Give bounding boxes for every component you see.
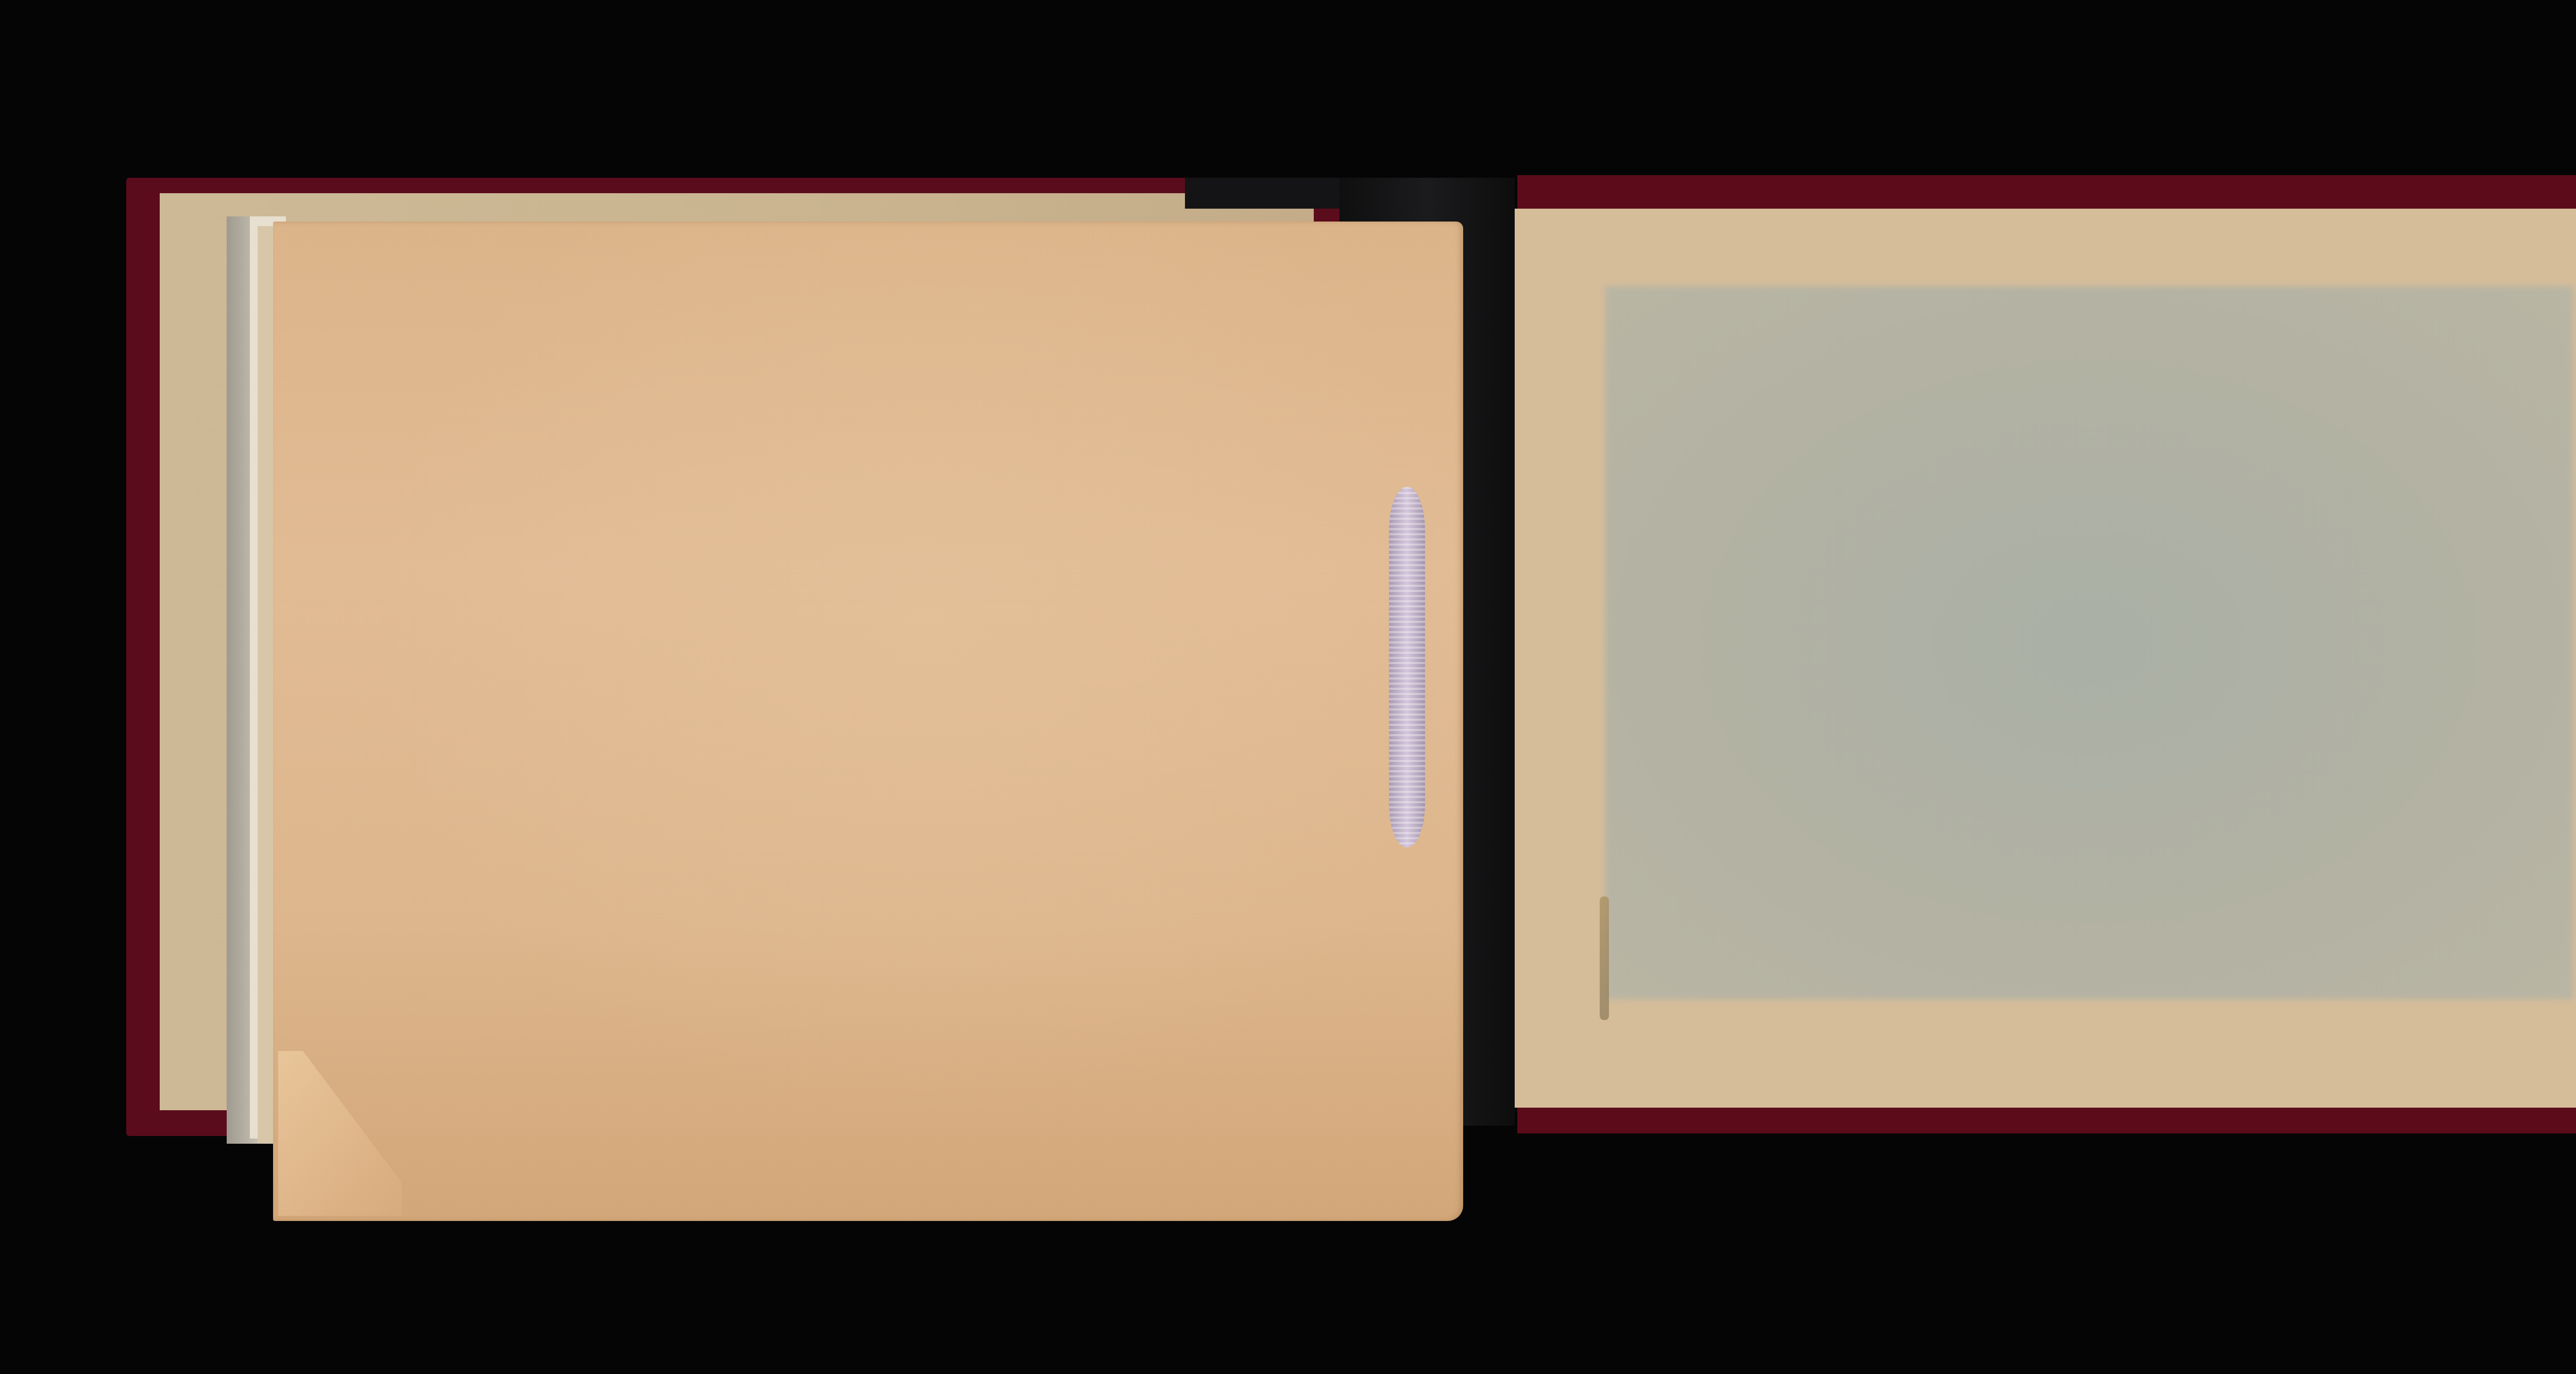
paper-stain — [1600, 896, 1609, 1020]
right-endpaper-panel — [1605, 286, 2573, 999]
front-flyleaf[interactable] — [273, 222, 1463, 1221]
silk-cord-binding-icon — [1389, 487, 1425, 847]
